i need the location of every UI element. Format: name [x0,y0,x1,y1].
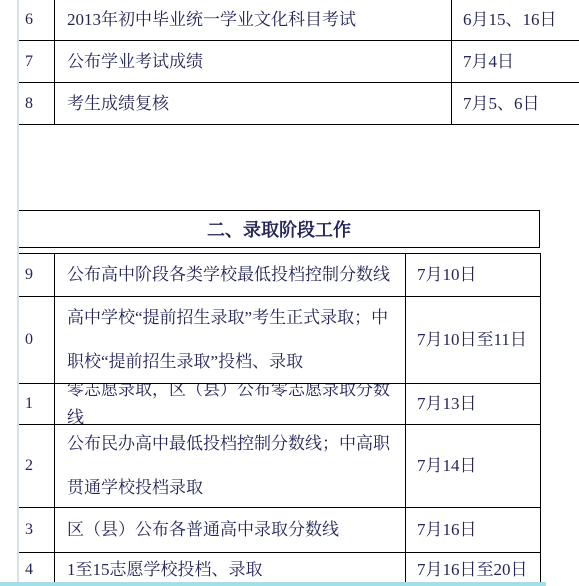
row-number: 8 [19,83,55,125]
row-number: 1 [19,384,55,425]
task-text: 公布民办高中最低投档控制分数线；中高职贯通学校投档录取 [55,425,406,508]
admission-schedule-table: 9 公布高中阶段各类学校最低投档控制分数线 7月10日 0 高中学校“提前招生录… [19,253,541,586]
task-text: 高中学校“提前招生录取”考生正式录取；中职校“提前招生录取”投档、录取 [55,297,406,384]
date-text: 7月5、6日 [452,83,579,125]
row-number: 2 [19,425,55,508]
section-header-title: 二、录取阶段工作 [207,216,351,242]
date-text: 7月10日 [406,253,541,297]
date-text: 7月16日 [406,508,541,553]
task-text: 公布学业考试成绩 [55,41,452,83]
date-text: 7月4日 [452,41,579,83]
row-number: 3 [19,508,55,553]
date-text: 6月15、16日 [452,0,579,41]
row-number: 0 [19,297,55,384]
task-text: 零志愿录取，区（县）公布零志愿录取分数线 [55,384,406,425]
row-number: 9 [19,253,55,297]
task-text: 区（县）公布各普通高中录取分数线 [55,508,406,553]
row-number: 6 [19,0,55,41]
row-number: 7 [19,41,55,83]
bottom-edge-strip [0,582,546,586]
date-text: 7月14日 [406,425,541,508]
section-header-admission-stage: 二、录取阶段工作 [19,210,540,248]
date-text: 7月13日 [406,384,541,425]
exam-schedule-table-fragment: 6 2013年初中毕业统一学业文化科目考试 6月15、16日 7 公布学业考试成… [19,0,579,125]
task-text: 2013年初中毕业统一学业文化科目考试 [55,0,452,41]
task-text: 考生成绩复核 [55,83,452,125]
task-text: 公布高中阶段各类学校最低投档控制分数线 [55,253,406,297]
date-text: 7月10日至11日 [406,297,541,384]
